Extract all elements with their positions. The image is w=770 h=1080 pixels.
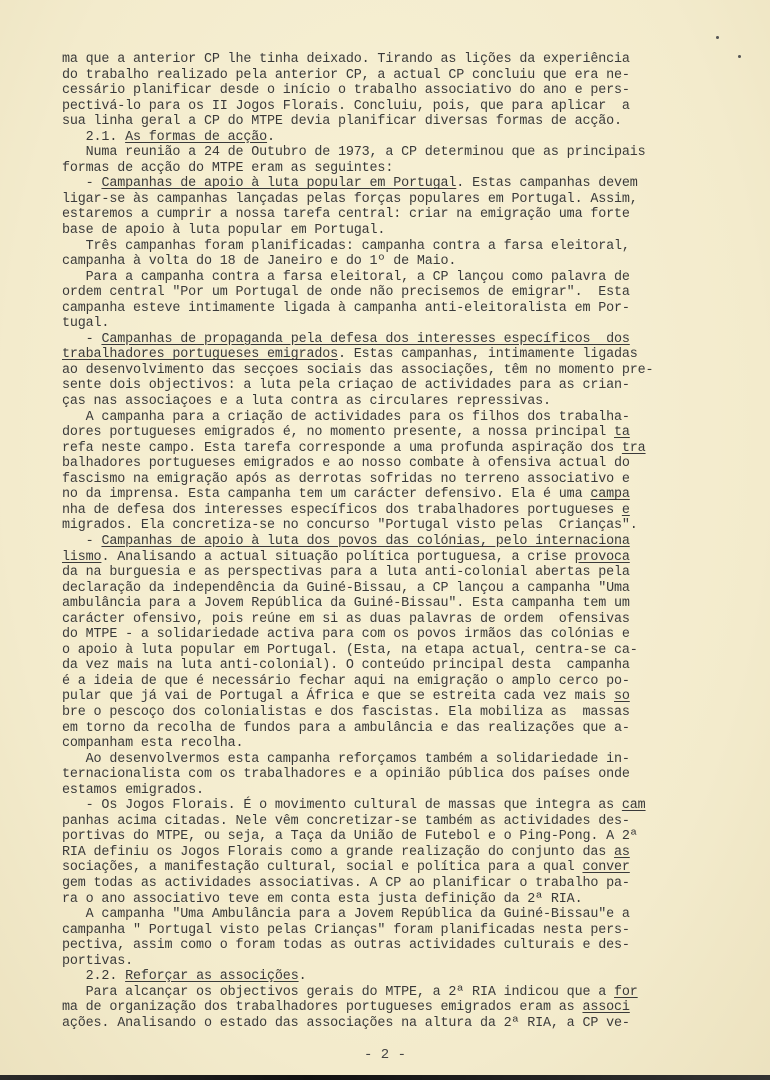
text-line: trabalhadores portugueses emigrados. Est… — [62, 347, 678, 363]
text-segment: ternacionalista com os trabalhadores e a… — [62, 767, 630, 782]
text-line: do MTPE - a solidariedade activa para co… — [62, 627, 678, 643]
text-line: gem todas as actividades associativas. A… — [62, 876, 678, 892]
text-segment: da na burguesia e as perspectivas para a… — [62, 565, 630, 580]
text-line: tugal. — [62, 316, 678, 332]
text-line: campanha à volta do 18 de Janeiro e do 1… — [62, 254, 678, 270]
text-segment: . Estas campanhas devem — [456, 176, 637, 191]
text-line: 2.1. As formas de acção. — [62, 130, 678, 146]
document-page: ma que a anterior CP lhe tinha deixado. … — [0, 0, 770, 1080]
text-segment: declaração da independência da Guiné-Bis… — [62, 581, 630, 596]
text-line: ações. Analisando o estado das associaçõ… — [62, 1016, 678, 1032]
text-line: nha de defesa dos interesses específicos… — [62, 503, 678, 519]
underlined-text: campa — [590, 487, 629, 502]
text-segment: pular que já vai de Portugal a África e … — [62, 689, 614, 704]
text-line: cessário planificar desde o início o tra… — [62, 83, 678, 99]
text-segment: ma de organização dos trabalhadores port… — [62, 1000, 582, 1015]
text-line: ma de organização dos trabalhadores port… — [62, 1000, 678, 1016]
text-line: refa neste campo. Esta tarefa correspond… — [62, 441, 678, 457]
text-line: Numa reunião a 24 de Outubro de 1973, a … — [62, 145, 678, 161]
text-segment: campanha " Portugal visto pelas Crianças… — [62, 923, 630, 938]
text-segment: bre o pescoço dos colonialistas e dos fa… — [62, 705, 630, 720]
underlined-text: cam — [622, 798, 646, 813]
text-line: dores portugueses emigrados é, no moment… — [62, 425, 678, 441]
text-line: em torno da recolha de fundos para a amb… — [62, 721, 678, 737]
text-segment: Três campanhas foram planificadas: campa… — [62, 239, 630, 254]
text-line: ordem central "Por um Portugal de onde n… — [62, 285, 678, 301]
text-line: pectiva, assim como o foram todas as out… — [62, 938, 678, 954]
text-line: ligar-se às campanhas lançadas pelas for… — [62, 192, 678, 208]
text-line: no da imprensa. Esta campanha tem um car… — [62, 487, 678, 503]
text-segment: 2.1. — [62, 130, 125, 145]
text-segment: 2.2. — [62, 969, 125, 984]
text-segment: no da imprensa. Esta campanha tem um car… — [62, 487, 590, 502]
document-body: ma que a anterior CP lhe tinha deixado. … — [62, 52, 678, 1031]
text-segment: migrados. Ela concretiza-se no concurso … — [62, 518, 638, 533]
text-segment: é a ideia de que é necessário fechar aqu… — [62, 674, 630, 689]
text-line: ra o ano associativo teve em conta esta … — [62, 892, 678, 908]
underlined-text: lismo — [62, 550, 101, 565]
text-segment: companham esta recolha. — [62, 736, 243, 751]
text-segment: campanha à volta do 18 de Janeiro e do 1… — [62, 254, 456, 269]
scan-bottom-edge — [0, 1075, 770, 1080]
text-segment: da vez mais na luta anti-colonial). O co… — [62, 658, 630, 673]
text-line: declaração da independência da Guiné-Bis… — [62, 581, 678, 597]
text-segment: ao desenvolvimento das secçoes sociais d… — [62, 363, 653, 378]
underlined-text: Reforçar as associções — [125, 969, 299, 984]
text-segment: sente dois objectivos: a luta pela criaç… — [62, 378, 630, 393]
text-segment: estamos emigrados. — [62, 783, 204, 798]
text-segment: formas de acção do MTPE eram as seguinte… — [62, 161, 393, 176]
text-segment: . Estas campanhas, intimamente ligadas — [338, 347, 638, 362]
text-line: sente dois objectivos: a luta pela criaç… — [62, 378, 678, 394]
text-segment: refa neste campo. Esta tarefa correspond… — [62, 441, 622, 456]
text-segment: - Os Jogos Florais. É o movimento cultur… — [62, 798, 622, 813]
text-segment: em torno da recolha de fundos para a amb… — [62, 721, 630, 736]
text-segment: sociações, a manifestação cultural, soci… — [62, 860, 582, 875]
text-segment: campanha esteve intimamente ligada à cam… — [62, 301, 630, 316]
text-line: bre o pescoço dos colonialistas e dos fa… — [62, 705, 678, 721]
text-line: campanha esteve intimamente ligada à cam… — [62, 301, 678, 317]
text-segment: Para alcançar os objectivos gerais do MT… — [62, 985, 614, 1000]
text-segment: A campanha para a criação de actividades… — [62, 410, 630, 425]
paper-speck — [738, 55, 741, 58]
text-line: - Os Jogos Florais. É o movimento cultur… — [62, 798, 678, 814]
text-line: estamos emigrados. — [62, 783, 678, 799]
text-segment: panhas acima citadas. Nele vêm concretiz… — [62, 814, 630, 829]
text-segment: Para a campanha contra a farsa eleitoral… — [62, 270, 630, 285]
text-segment: RIA definiu os Jogos Florais como a gran… — [62, 845, 614, 860]
text-segment: o apoio à luta popular em Portugal. (Est… — [62, 643, 638, 658]
text-segment: pectiva, assim como o foram todas as out… — [62, 938, 630, 953]
text-line: A campanha para a criação de actividades… — [62, 410, 678, 426]
text-line: - Campanhas de propaganda pela defesa do… — [62, 332, 678, 348]
text-segment: gem todas as actividades associativas. A… — [62, 876, 630, 891]
text-line: da na burguesia e as perspectivas para a… — [62, 565, 678, 581]
text-line: portivas. — [62, 954, 678, 970]
underlined-text: conver — [582, 860, 629, 875]
underlined-text: ta — [614, 425, 630, 440]
text-line: Para alcançar os objectivos gerais do MT… — [62, 985, 678, 1001]
text-line: fascismo na emigração após as derrotas s… — [62, 472, 678, 488]
text-segment: A campanha "Uma Ambulância para a Jovem … — [62, 907, 630, 922]
text-segment: do trabalho realizado pela anterior CP, … — [62, 68, 630, 83]
text-segment: ordem central "Por um Portugal de onde n… — [62, 285, 630, 300]
underlined-text: as — [614, 845, 630, 860]
text-segment: - — [62, 332, 101, 347]
underlined-text: As formas de acção — [125, 130, 267, 145]
underlined-text: so — [614, 689, 630, 704]
text-segment: dores portugueses emigrados é, no moment… — [62, 425, 614, 440]
underlined-text: e — [622, 503, 630, 518]
text-segment: ligar-se às campanhas lançadas pelas for… — [62, 192, 638, 207]
text-line: companham esta recolha. — [62, 736, 678, 752]
underlined-text: Campanhas de apoio à luta dos povos das … — [101, 534, 629, 549]
text-segment: estaremos a cumprir a nossa tarefa centr… — [62, 207, 630, 222]
text-segment: tugal. — [62, 316, 109, 331]
text-line: da vez mais na luta anti-colonial). O co… — [62, 658, 678, 674]
text-segment: nha de defesa dos interesses específicos… — [62, 503, 622, 518]
text-line: campanha " Portugal visto pelas Crianças… — [62, 923, 678, 939]
text-segment: . Analisando a actual situação política … — [101, 550, 574, 565]
text-line: base de apoio à luta popular em Portugal… — [62, 223, 678, 239]
text-line: ma que a anterior CP lhe tinha deixado. … — [62, 52, 678, 68]
text-line: o apoio à luta popular em Portugal. (Est… — [62, 643, 678, 659]
underlined-text: provoca — [575, 550, 630, 565]
text-segment: ças nas associaçoes e a luta contra as c… — [62, 394, 551, 409]
text-segment: - — [62, 176, 101, 191]
text-segment: cessário planificar desde o início o tra… — [62, 83, 630, 98]
text-segment: ra o ano associativo teve em conta esta … — [62, 892, 582, 907]
text-line: ambulância para a Jovem República da Gui… — [62, 596, 678, 612]
text-line: migrados. Ela concretiza-se no concurso … — [62, 518, 678, 534]
text-segment: ma que a anterior CP lhe tinha deixado. … — [62, 52, 630, 67]
underlined-text: for — [614, 985, 638, 1000]
text-line: é a ideia de que é necessário fechar aqu… — [62, 674, 678, 690]
text-segment: Numa reunião a 24 de Outubro de 1973, a … — [62, 145, 646, 160]
text-segment: Ao desenvolvermos esta campanha reforçam… — [62, 752, 630, 767]
text-line: formas de acção do MTPE eram as seguinte… — [62, 161, 678, 177]
text-segment: do MTPE - a solidariedade activa para co… — [62, 627, 630, 642]
text-segment: balhadores portugueses emigrados e ao no… — [62, 456, 630, 471]
text-line: estaremos a cumprir a nossa tarefa centr… — [62, 207, 678, 223]
text-line: pular que já vai de Portugal a África e … — [62, 689, 678, 705]
text-segment: ambulância para a Jovem República da Gui… — [62, 596, 630, 611]
underlined-text: associ — [582, 1000, 629, 1015]
text-line: carácter ofensivo, pois reúne em si as d… — [62, 612, 678, 628]
text-line: lismo. Analisando a actual situação polí… — [62, 550, 678, 566]
text-line: balhadores portugueses emigrados e ao no… — [62, 456, 678, 472]
text-segment: fascismo na emigração após as derrotas s… — [62, 472, 630, 487]
text-line: RIA definiu os Jogos Florais como a gran… — [62, 845, 678, 861]
text-line: sua linha geral a CP do MTPE devia plani… — [62, 114, 678, 130]
text-segment: - — [62, 534, 101, 549]
page-number: - 2 - — [0, 1047, 770, 1063]
text-segment: base de apoio à luta popular em Portugal… — [62, 223, 385, 238]
text-segment: carácter ofensivo, pois reúne em si as d… — [62, 612, 630, 627]
text-line: portivas do MTPE, ou seja, a Taça da Uni… — [62, 829, 678, 845]
text-segment: . — [267, 130, 275, 145]
text-line: - Campanhas de apoio à luta dos povos da… — [62, 534, 678, 550]
text-line: ternacionalista com os trabalhadores e a… — [62, 767, 678, 783]
text-line: Ao desenvolvermos esta campanha reforçam… — [62, 752, 678, 768]
underlined-text: trabalhadores portugueses emigrados — [62, 347, 338, 362]
text-segment: portivas. — [62, 954, 133, 969]
text-line: sociações, a manifestação cultural, soci… — [62, 860, 678, 876]
paper-speck — [716, 36, 719, 39]
underlined-text: Campanhas de propaganda pela defesa dos … — [101, 332, 629, 347]
underlined-text: tra — [622, 441, 646, 456]
text-line: 2.2. Reforçar as associções. — [62, 969, 678, 985]
text-segment: . — [299, 969, 307, 984]
text-line: panhas acima citadas. Nele vêm concretiz… — [62, 814, 678, 830]
text-line: ao desenvolvimento das secçoes sociais d… — [62, 363, 678, 379]
text-line: do trabalho realizado pela anterior CP, … — [62, 68, 678, 84]
text-line: ças nas associaçoes e a luta contra as c… — [62, 394, 678, 410]
text-line: pectivá-lo para os II Jogos Florais. Con… — [62, 99, 678, 115]
text-segment: sua linha geral a CP do MTPE devia plani… — [62, 114, 622, 129]
text-segment: portivas do MTPE, ou seja, a Taça da Uni… — [62, 829, 638, 844]
text-line: A campanha "Uma Ambulância para a Jovem … — [62, 907, 678, 923]
text-segment: ações. Analisando o estado das associaçõ… — [62, 1016, 630, 1031]
underlined-text: Campanhas de apoio à luta popular em Por… — [101, 176, 456, 191]
text-line: - Campanhas de apoio à luta popular em P… — [62, 176, 678, 192]
text-line: Três campanhas foram planificadas: campa… — [62, 239, 678, 255]
text-segment: pectivá-lo para os II Jogos Florais. Con… — [62, 99, 630, 114]
text-line: Para a campanha contra a farsa eleitoral… — [62, 270, 678, 286]
